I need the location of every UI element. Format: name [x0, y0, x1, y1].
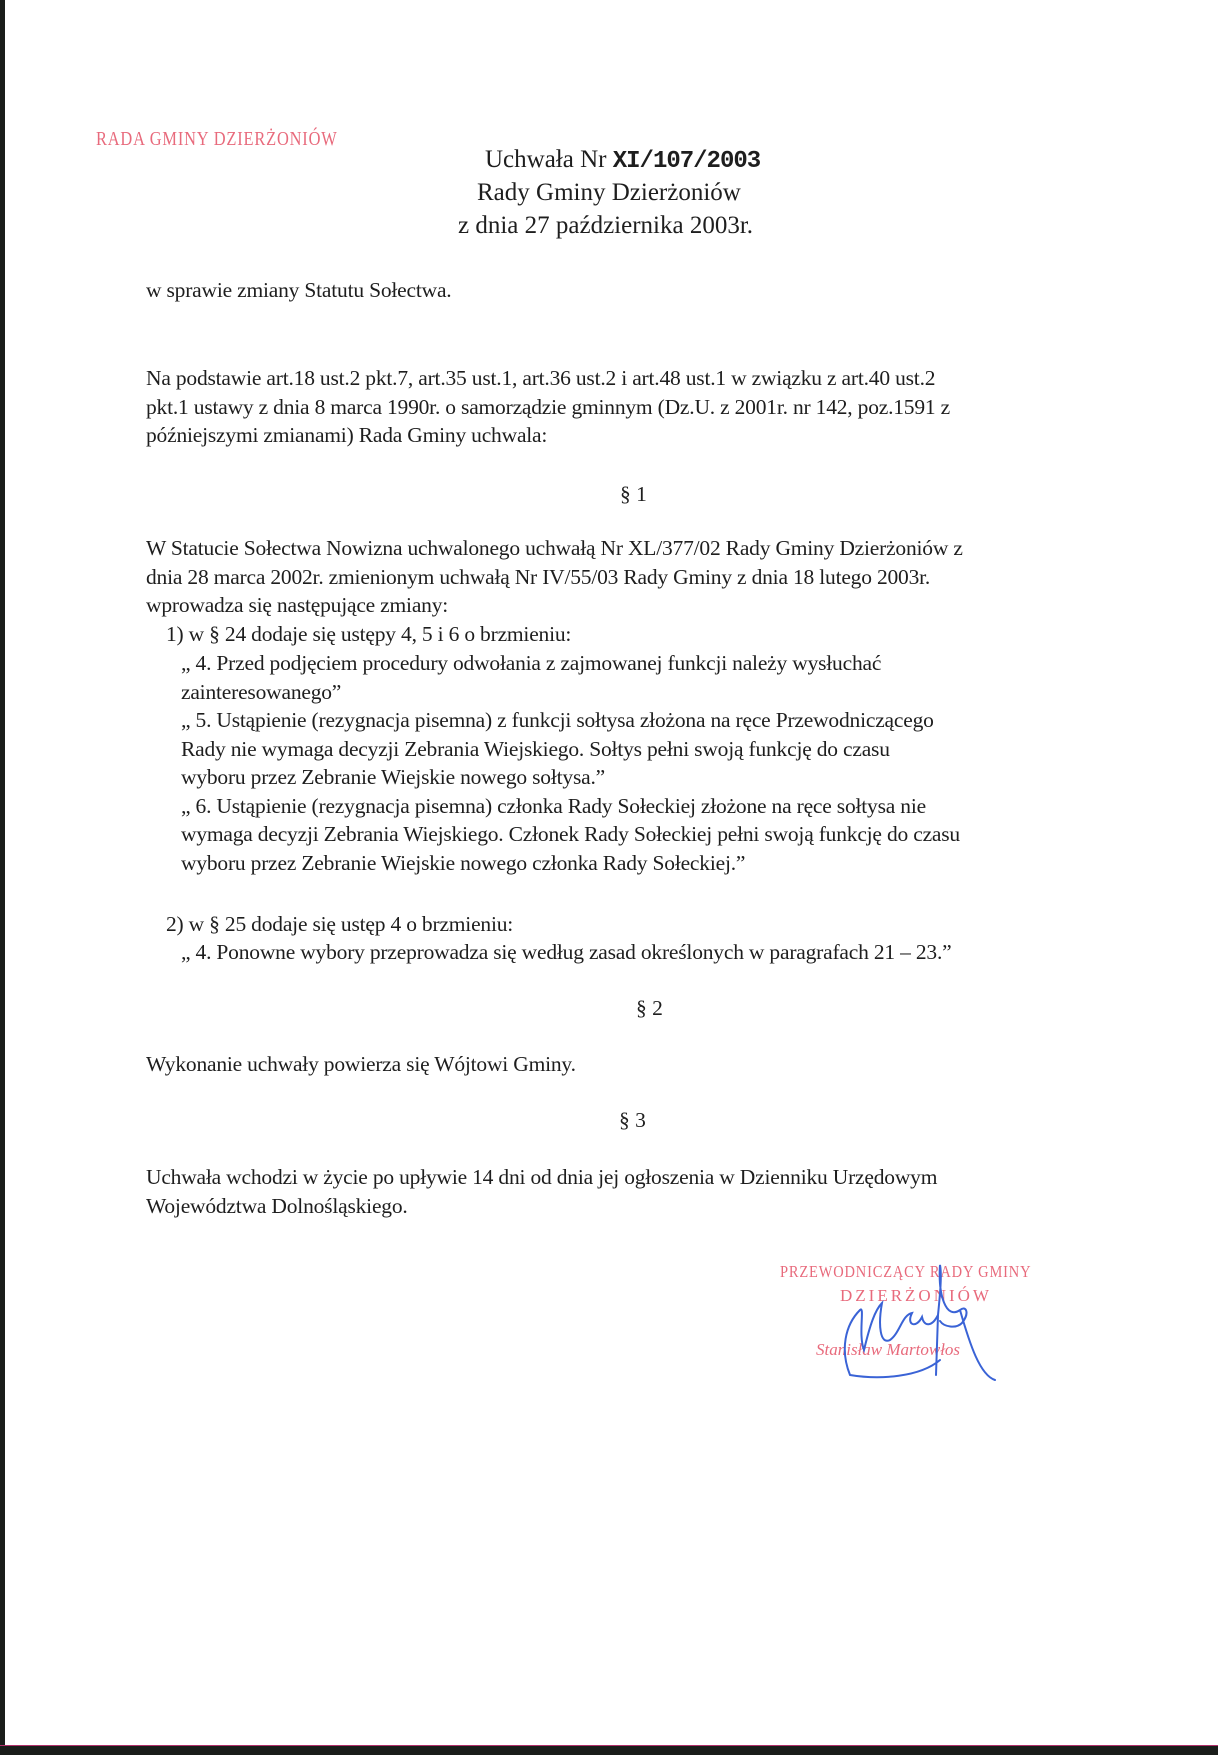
preamble: Na podstawie art.18 ust.2 pkt.7, art.35 … [146, 364, 950, 450]
title-council: Rady Gminy Dzierżoniów [477, 177, 741, 208]
item-1-text: „ 4. Przed podjęciem procedury odwołania… [181, 649, 960, 877]
scan-edge-bottom [0, 1745, 1218, 1755]
item-line: zainteresowanego” [181, 678, 960, 707]
item-line: „ 6. Ustąpienie (rezygnacja pisemna) czł… [181, 792, 960, 821]
item-line: „ 5. Ustąpienie (rezygnacja pisemna) z f… [181, 706, 960, 735]
section-3-line: Województwa Dolnośląskiego. [146, 1192, 937, 1221]
title-date: z dnia 27 października 2003r. [458, 210, 753, 241]
item-line: wyboru przez Zebranie Wiejskie nowego so… [181, 763, 960, 792]
item-line: wyboru przez Zebranie Wiejskie nowego cz… [181, 849, 960, 878]
item-2-label: 2) w § 25 dodaje się ustęp 4 o brzmieniu… [166, 910, 513, 939]
item-2-text: „ 4. Ponowne wybory przeprowadza się wed… [181, 938, 951, 967]
resolution-number: XI/107/2003 [613, 148, 760, 175]
item-line: Rady nie wymaga decyzji Zebrania Wiejski… [181, 735, 960, 764]
preamble-line: pkt.1 ustawy z dnia 8 marca 1990r. o sam… [146, 393, 950, 422]
scan-edge-left [0, 0, 5, 1755]
handwritten-signature-icon [820, 1255, 1020, 1385]
title-prefix: Uchwała Nr [485, 146, 613, 173]
section-1-heading: § 1 [620, 482, 647, 507]
intro-line: W Statucie Sołectwa Nowizna uchwalonego … [146, 534, 963, 563]
section-3-text: Uchwała wchodzi w życie po upływie 14 dn… [146, 1163, 937, 1220]
section-3-heading: § 3 [619, 1108, 646, 1133]
section-3-line: Uchwała wchodzi w życie po upływie 14 dn… [146, 1163, 937, 1192]
resolution-title: Uchwała Nr XI/107/2003 [485, 144, 760, 177]
intro-line: wprowadza się następujące zmiany: [146, 591, 963, 620]
section-2-heading: § 2 [636, 996, 663, 1021]
intro-line: dnia 28 marca 2002r. zmienionym uchwałą … [146, 563, 963, 592]
preamble-line: Na podstawie art.18 ust.2 pkt.7, art.35 … [146, 364, 950, 393]
section-1-intro: W Statucie Sołectwa Nowizna uchwalonego … [146, 534, 963, 620]
item-line: „ 4. Przed podjęciem procedury odwołania… [181, 649, 960, 678]
council-stamp: RADA GMINY DZIERŻONIÓW [96, 128, 338, 151]
section-2-text: Wykonanie uchwały powierza się Wójtowi G… [146, 1050, 576, 1079]
subject: w sprawie zmiany Statutu Sołectwa. [146, 276, 451, 305]
preamble-line: późniejszymi zmianami) Rada Gminy uchwal… [146, 421, 950, 450]
item-line: wymaga decyzji Zebrania Wiejskiego. Czło… [181, 820, 960, 849]
item-1-label: 1) w § 24 dodaje się ustępy 4, 5 i 6 o b… [166, 620, 571, 649]
